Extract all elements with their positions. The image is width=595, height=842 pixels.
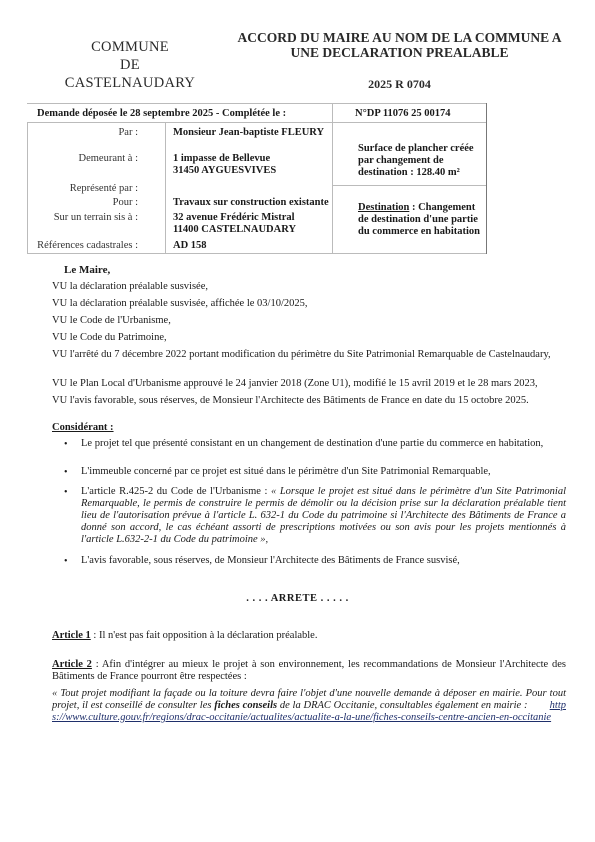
bullet-icon: • (64, 467, 68, 478)
destination: Destination : Changement de destination … (358, 202, 483, 238)
reference-number: 2025 R 0704 (212, 77, 587, 92)
field-value-par: Monsieur Jean-baptiste FLEURY (173, 127, 324, 139)
considerant-item: L'article R.425-2 du Code de l'Urbanisme… (81, 486, 566, 546)
quote-bold: fiches conseils (214, 700, 277, 711)
title-line-2: UNE DECLARATION PREALABLE (212, 45, 587, 60)
considerant-item: L'immeuble concerné par ce projet est si… (81, 466, 566, 478)
dp-number: N°DP 11076 25 00174 (355, 108, 451, 119)
vu-line: VU la déclaration préalable susvisée, (52, 281, 566, 293)
commune-name: COMMUNE DE CASTELNAUDARY (60, 38, 200, 92)
commune-line-3: CASTELNAUDARY (60, 74, 200, 92)
commune-line-1: COMMUNE (60, 38, 200, 56)
article-2-text: : Afin d'intégrer au mieux le projet à s… (52, 659, 566, 682)
quote-text-2: de la DRAC Occitanie, consultables égale… (277, 700, 527, 711)
commune-line-2: DE (60, 56, 200, 74)
field-label-cadastre: Références cadastrales : (37, 240, 138, 251)
considerant-item: L'avis favorable, sous réserves, de Mons… (81, 555, 566, 567)
article-2-label: Article 2 (52, 659, 92, 670)
surface-plancher: Surface de plancher créée par changement… (358, 143, 483, 179)
field-value-pour: Travaux sur construction existante (173, 197, 329, 209)
vu-line: VU l'avis favorable, sous réserves, de M… (52, 395, 566, 407)
bullet-icon: • (64, 487, 68, 498)
field-label-par: Par : (118, 127, 138, 138)
field-label-demeurant: Demeurant à : (79, 153, 138, 164)
field-value-terrain-line1: 32 avenue Frédéric Mistral (173, 212, 295, 224)
bullet-icon: • (64, 439, 68, 450)
field-value-cadastre: AD 158 (173, 240, 207, 252)
vu-line: VU le Code de l'Urbanisme, (52, 315, 566, 327)
field-value-demeurant-line2: 31450 AYGUESVIVES (173, 165, 276, 177)
vu-line: VU le Code du Patrimoine, (52, 332, 566, 344)
arrete-heading: . . . . ARRETE . . . . . (0, 593, 595, 604)
vu-line: VU l'arrêté du 7 décembre 2022 portant m… (52, 349, 566, 361)
destination-label: Destination (358, 202, 409, 213)
vu-line: VU la déclaration préalable susvisée, af… (52, 298, 566, 310)
considerant-item-plain: L'article R.425-2 du Code de l'Urbanisme… (81, 486, 271, 497)
request-date: Demande déposée le 28 septembre 2025 - C… (37, 108, 286, 119)
title-line-1: ACCORD DU MAIRE AU NOM DE LA COMMUNE A (212, 30, 587, 45)
document-title: ACCORD DU MAIRE AU NOM DE LA COMMUNE A U… (212, 30, 587, 60)
article-1-label: Article 1 (52, 630, 91, 641)
considerant-title: Considérant : (52, 422, 114, 433)
bullet-icon: • (64, 556, 68, 567)
field-label-represente: Représenté par : (70, 183, 138, 194)
field-value-demeurant-line1: 1 impasse de Bellevue (173, 153, 270, 165)
field-value-terrain-line2: 11400 CASTELNAUDARY (173, 224, 296, 236)
le-maire: Le Maire, (64, 264, 110, 276)
field-label-pour: Pour : (113, 197, 138, 208)
vu-line: VU le Plan Local d'Urbanisme approuvé le… (52, 378, 566, 390)
article-1-text: : Il n'est pas fait opposition à la décl… (91, 630, 318, 641)
article-2: Article 2 : Afin d'intégrer au mieux le … (52, 659, 566, 683)
considerant-item: Le projet tel que présenté consistant en… (81, 438, 566, 450)
field-label-terrain: Sur un terrain sis à : (54, 212, 138, 223)
recommendation-quote: « Tout projet modifiant la façade ou la … (52, 688, 566, 724)
article-1: Article 1 : Il n'est pas fait opposition… (52, 630, 566, 642)
